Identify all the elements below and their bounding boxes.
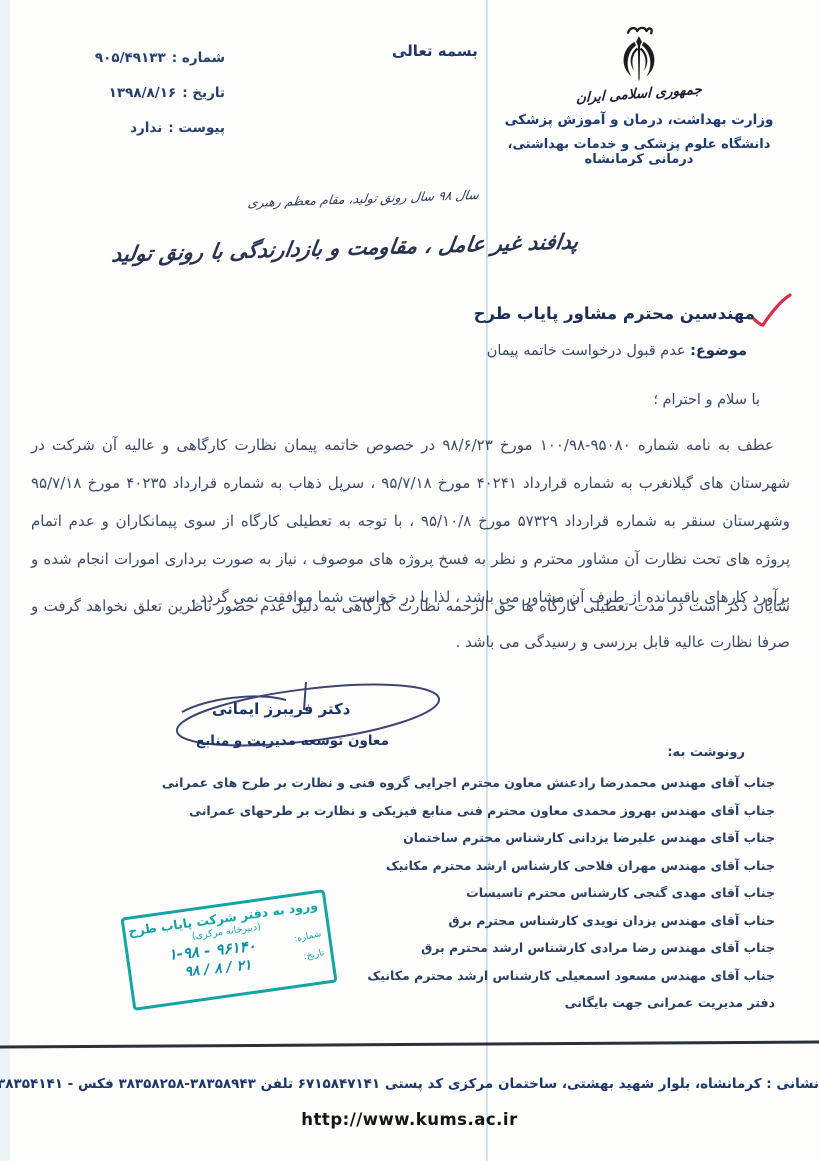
subject-value: عدم قبول درخواست خاتمه پیمان: [487, 343, 690, 359]
footer-divider-line: [0, 1040, 819, 1048]
cc-list-item: جناب آقای مهندس علیرضا یزدانی کارشناس مح…: [255, 824, 775, 852]
letter-meta-block: شماره : ۹۰۵/۴۹۱۳۳ تاریخ : ۱۳۹۸/۸/۱۶ پیوس…: [35, 50, 225, 155]
cc-list-item: حناب آقای مهندس یزدان نویدی کارشناس محتر…: [255, 907, 775, 935]
letter-date-row: تاریخ : ۱۳۹۸/۸/۱۶: [35, 85, 225, 101]
signer-name: دکتر فریبرز ایمانی: [212, 700, 350, 718]
year-slogan-handwriting: سال ۹۸ سال رونق تولید، مقام معظم رهبری: [247, 187, 480, 210]
bismillah-text: بسمه تعالی: [392, 42, 478, 60]
scan-edge-tint: [0, 0, 10, 1161]
letter-attachment-row: پیوست : ندارد: [35, 120, 225, 136]
attachment-label: پیوست :: [168, 120, 225, 136]
subject-line: موضوع: عدم قبول درخواست خاتمه پیمان: [487, 343, 747, 359]
attachment-value: ندارد: [130, 120, 162, 136]
addressee-line: مهندسین محترم مشاور پایاب طرح: [474, 304, 755, 323]
date-label: تاریخ :: [182, 85, 225, 101]
number-label: شماره :: [172, 50, 225, 66]
date-value: ۱۳۹۸/۸/۱۶: [109, 85, 177, 101]
salutation-line: با سلام و احترام ؛: [653, 392, 760, 408]
letter-number-row: شماره : ۹۰۵/۴۹۱۳۳: [35, 50, 225, 66]
iran-emblem-icon: [610, 24, 668, 90]
defense-slogan-handwriting: پدافند غیر عامل ، مقاومت و بازدارندگی با…: [110, 229, 580, 266]
cc-list-item: جناب آقای مهندس مهران فلاحی کارشناس ارشد…: [255, 852, 775, 880]
scanned-letter-page: شماره : ۹۰۵/۴۹۱۳۳ تاریخ : ۱۳۹۸/۸/۱۶ پیوس…: [0, 0, 819, 1161]
footer-website: http://www.kums.ac.ir: [0, 1110, 819, 1129]
footer-address: نشانی : کرمانشاه، بلوار شهید بهشتی، ساخت…: [0, 1076, 819, 1092]
letterhead-block: جمهوری اسلامی ایران وزارت بهداشت، درمان …: [484, 24, 794, 167]
red-checkmark-annotation: [750, 293, 792, 331]
stamp-number-label: شماره:: [294, 929, 323, 945]
cc-list-item: دفتر مدیریت عمرانی جهت بایگانی: [255, 989, 775, 1017]
ministry-name: وزارت بهداشت، درمان و آموزش پزشکی: [484, 112, 794, 128]
cc-list-item: جناب آقای مهندس بهروز محمدی معاون محترم …: [255, 797, 775, 825]
body-paragraph-2: شایان ذکر است در مدت تعطیلی کارگاه ها حق…: [31, 588, 790, 660]
cc-list-item: جناب آقای مهدی گنجی کارشناس محترم تاسیسا…: [255, 879, 775, 907]
cc-list-item: جناب آقای مهندس محمدرضا رادعنش معاون محت…: [255, 769, 775, 797]
stamp-date-label: تاریخ:: [303, 948, 326, 962]
cc-label: رونوشت به:: [255, 745, 745, 760]
subject-label: موضوع:: [690, 343, 747, 359]
university-name: دانشگاه علوم پزشکی و خدمات بهداشتی، درما…: [484, 137, 794, 167]
number-value: ۹۰۵/۴۹۱۳۳: [95, 50, 166, 66]
